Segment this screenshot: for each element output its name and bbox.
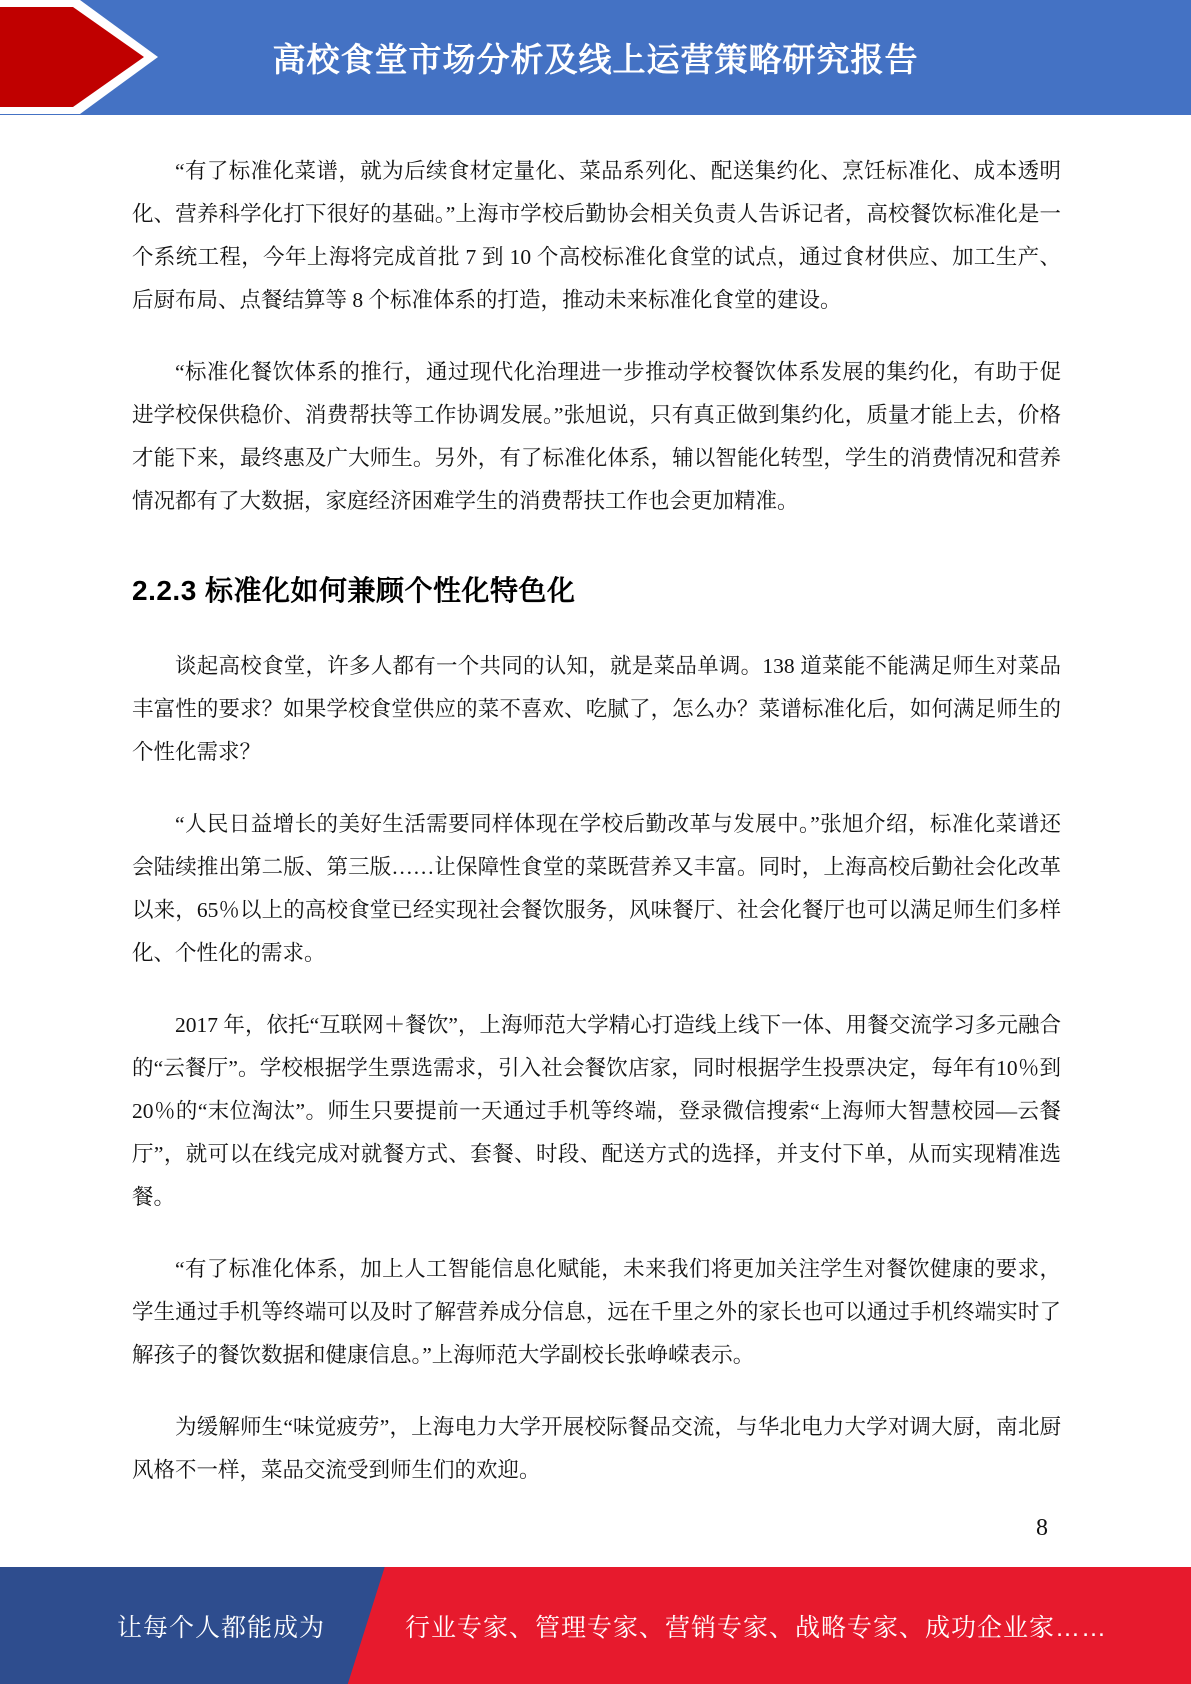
section-heading: 2.2.3 标准化如何兼顾个性化特色化 bbox=[132, 569, 1061, 609]
body-paragraph: 谈起高校食堂，许多人都有一个共同的认知，就是菜品单调。138 道菜能不能满足师生… bbox=[132, 645, 1061, 774]
body-paragraph: 2017 年，依托“互联网＋餐饮”，上海师范大学精心打造线上线下一体、用餐交流学… bbox=[132, 1004, 1061, 1219]
body-paragraph: “人民日益增长的美好生活需要同样体现在学校后勤改革与发展中。”张旭介绍，标准化菜… bbox=[132, 803, 1061, 975]
report-title: 高校食堂市场分析及线上运营策略研究报告 bbox=[0, 0, 1191, 115]
body-paragraph: 为缓解师生“味觉疲劳”，上海电力大学开展校际餐品交流，与华北电力大学对调大厨，南… bbox=[132, 1406, 1061, 1492]
document-body: “有了标准化菜谱，就为后续食材定量化、菜品系列化、配送集约化、烹饪标准化、成本透… bbox=[132, 150, 1061, 1521]
body-paragraph: “有了标准化菜谱，就为后续食材定量化、菜品系列化、配送集约化、烹饪标准化、成本透… bbox=[132, 150, 1061, 322]
footer-band: 让每个人都能成为 行业专家、管理专家、营销专家、战略专家、成功企业家…… bbox=[0, 1567, 1191, 1684]
page-number: 8 bbox=[1022, 1515, 1062, 1542]
body-paragraph: “有了标准化体系，加上人工智能信息化赋能，未来我们将更加关注学生对餐饮健康的要求… bbox=[132, 1248, 1061, 1377]
footer-left-slogan: 让每个人都能成为 bbox=[0, 1567, 325, 1684]
footer-right-slogan: 行业专家、管理专家、营销专家、战略专家、成功企业家…… bbox=[405, 1567, 1171, 1684]
header-band: 高校食堂市场分析及线上运营策略研究报告 bbox=[0, 0, 1191, 115]
body-paragraph: “标准化餐饮体系的推行，通过现代化治理进一步推动学校餐饮体系发展的集约化，有助于… bbox=[132, 351, 1061, 523]
